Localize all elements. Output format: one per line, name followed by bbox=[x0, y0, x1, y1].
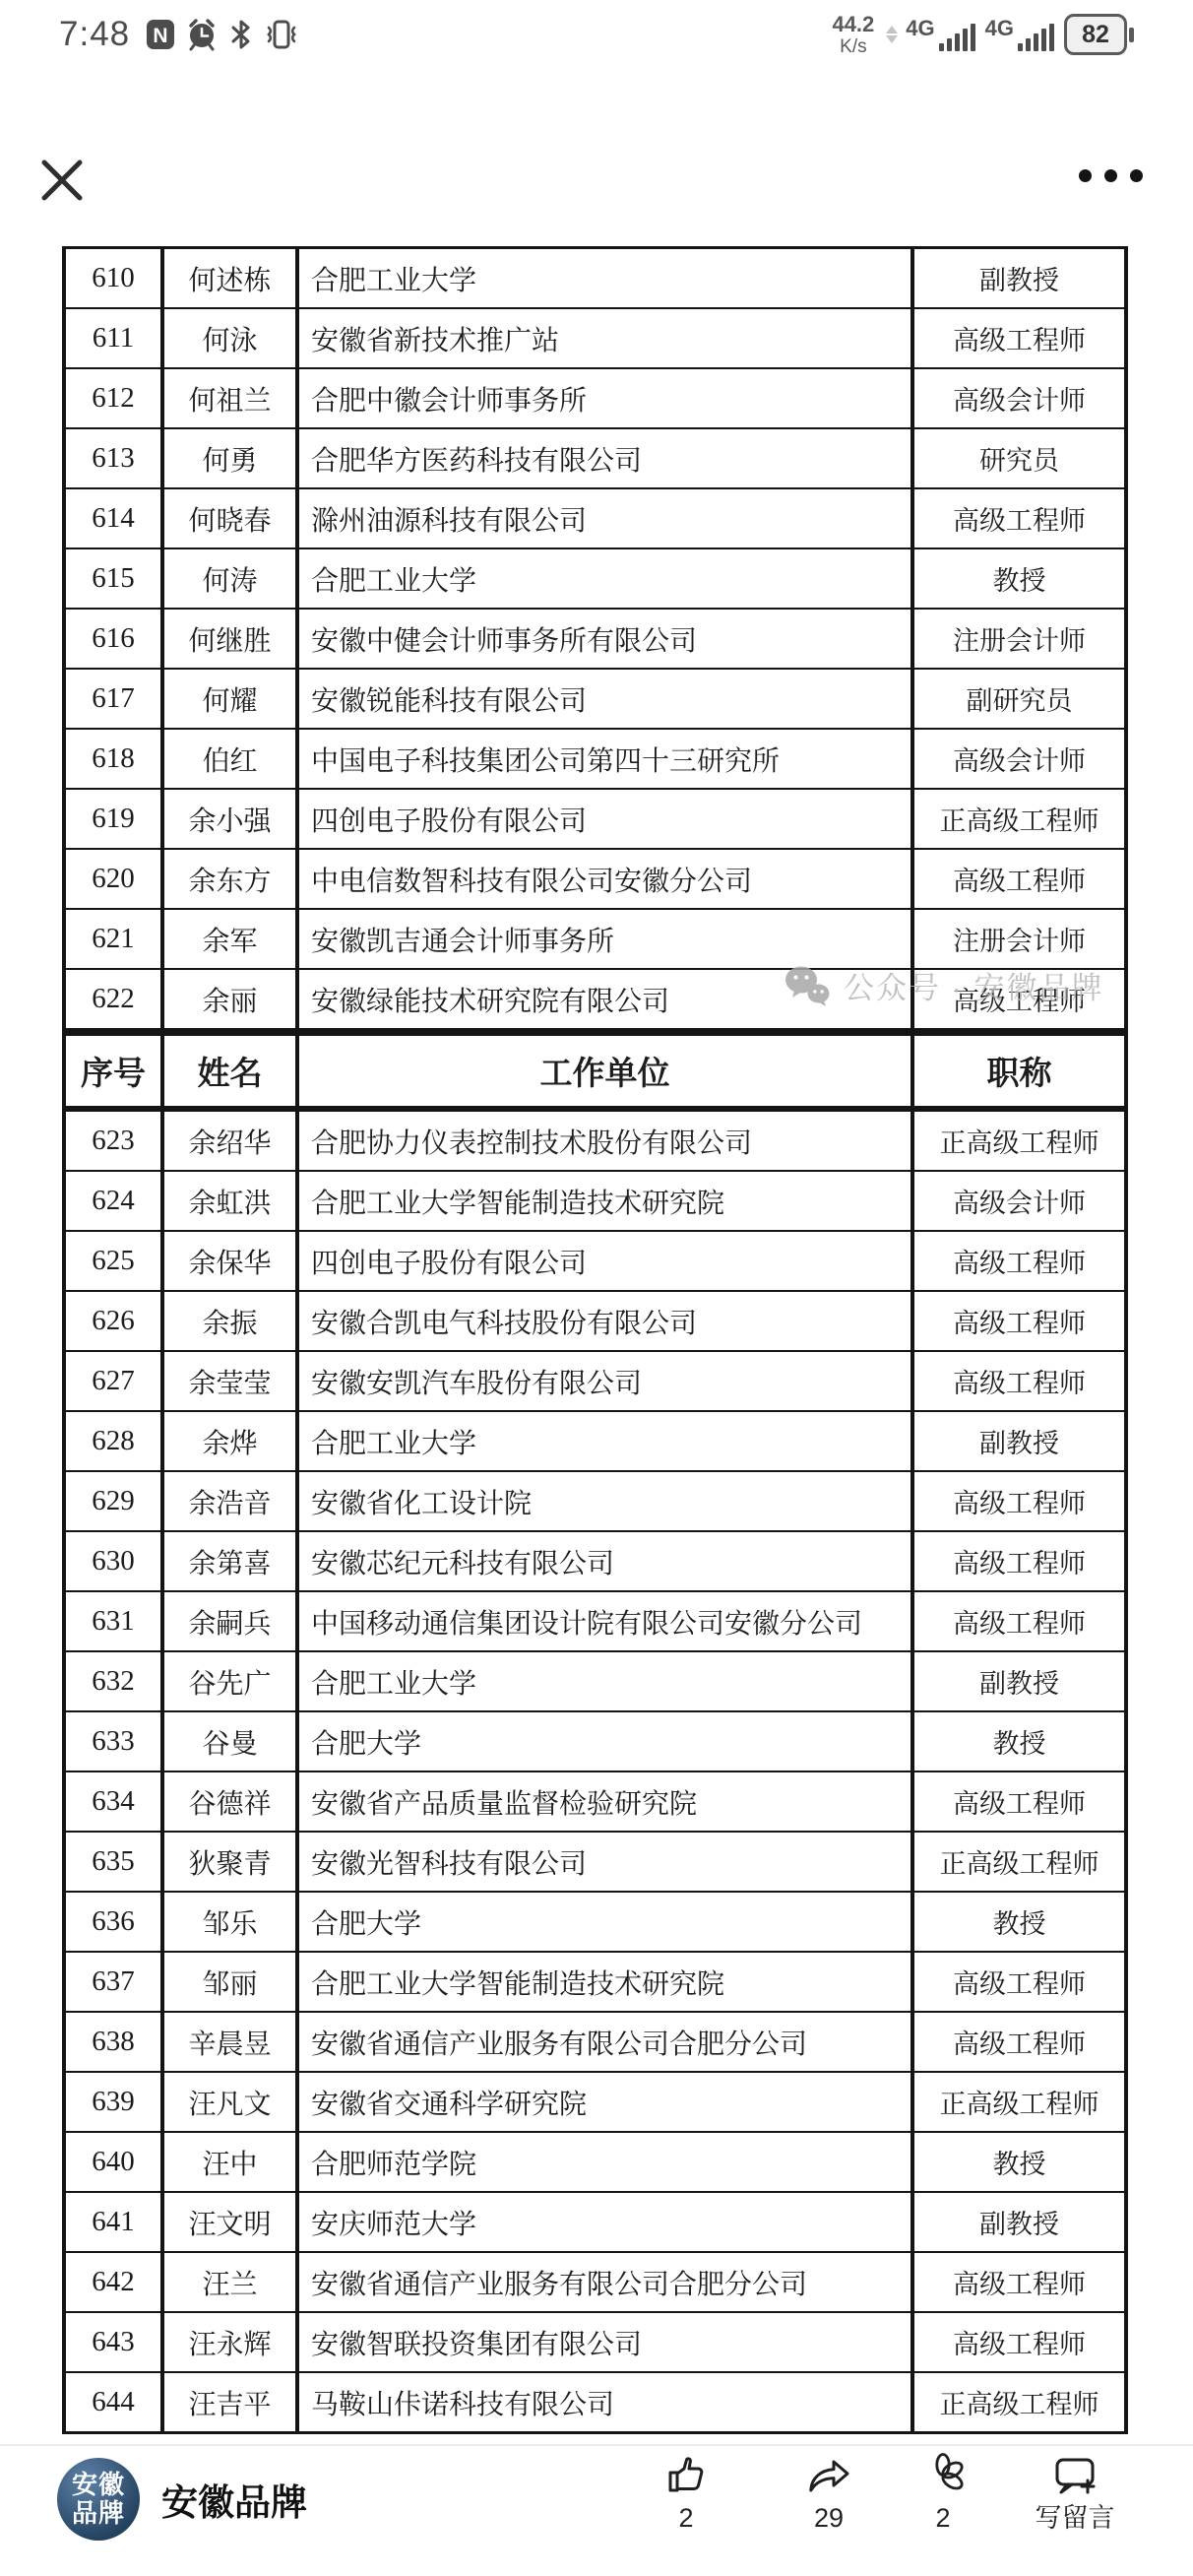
vibrate-icon bbox=[264, 18, 299, 51]
table-row: 639汪凡文安徽省交通科学研究院正高级工程师 bbox=[66, 2073, 1124, 2133]
cell-org: 安徽智联投资集团有限公司 bbox=[299, 2313, 914, 2371]
svg-text:N: N bbox=[154, 25, 168, 47]
cell-org: 合肥大学 bbox=[299, 1712, 914, 1771]
cell-name: 余绍华 bbox=[164, 1112, 299, 1170]
cell-org: 合肥中徽会计师事务所 bbox=[299, 369, 914, 427]
cell-serial: 620 bbox=[66, 850, 164, 908]
cell-name: 汪中 bbox=[164, 2133, 299, 2191]
cell-title: 注册会计师 bbox=[914, 610, 1124, 668]
cell-org: 中国电子科技集团公司第四十三研究所 bbox=[299, 730, 914, 788]
cell-name: 余东方 bbox=[164, 850, 299, 908]
battery-nub bbox=[1129, 28, 1134, 42]
network-speed: 44.2 K/s bbox=[832, 14, 874, 56]
cell-name: 何耀 bbox=[164, 670, 299, 728]
more-options-button[interactable] bbox=[1077, 154, 1144, 197]
table-row: 629余浩音安徽省化工设计院高级工程师 bbox=[66, 1472, 1124, 1532]
cell-org: 安徽省通信产业服务有限公司合肥分公司 bbox=[299, 2253, 914, 2311]
cell-serial: 629 bbox=[66, 1472, 164, 1530]
cell-title: 高级工程师 bbox=[914, 2313, 1124, 2371]
cell-serial: 642 bbox=[66, 2253, 164, 2311]
cell-serial: 628 bbox=[66, 1412, 164, 1470]
table-row: 633谷曼合肥大学教授 bbox=[66, 1712, 1124, 1772]
cell-serial: 640 bbox=[66, 2133, 164, 2191]
cell-org: 安徽省新技术推广站 bbox=[299, 309, 914, 367]
close-icon bbox=[44, 162, 80, 198]
cell-name: 何祖兰 bbox=[164, 369, 299, 427]
cell-title: 高级工程师 bbox=[914, 1532, 1124, 1590]
table-row: 623余绍华合肥协力仪表控制技术股份有限公司正高级工程师 bbox=[66, 1112, 1124, 1172]
battery-indicator: 82 bbox=[1064, 14, 1134, 55]
cell-org: 安庆师范大学 bbox=[299, 2193, 914, 2251]
cell-title: 教授 bbox=[914, 549, 1124, 608]
table-row: 612何祖兰合肥中徽会计师事务所高级会计师 bbox=[66, 369, 1124, 429]
cell-title: 高级会计师 bbox=[914, 369, 1124, 427]
alarm-clock-icon bbox=[185, 18, 219, 51]
cell-title: 高级工程师 bbox=[914, 1472, 1124, 1530]
cell-serial: 619 bbox=[66, 790, 164, 848]
table-row: 642汪兰安徽省通信产业服务有限公司合肥分公司高级工程师 bbox=[66, 2253, 1124, 2313]
table-row: 626余振安徽合凯电气科技股份有限公司高级工程师 bbox=[66, 1292, 1124, 1352]
signal-bars-icon bbox=[1018, 22, 1054, 51]
cell-title: 高级工程师 bbox=[914, 1352, 1124, 1410]
network-speed-value: 44.2 bbox=[832, 14, 874, 35]
cell-serial: 623 bbox=[66, 1112, 164, 1170]
comment-button[interactable]: 写留言 bbox=[1016, 2452, 1134, 2534]
cell-org: 安徽省化工设计院 bbox=[299, 1472, 914, 1530]
sim1-signal: 4G bbox=[906, 18, 974, 51]
cell-title: 高级工程师 bbox=[914, 489, 1124, 547]
table-row: 625余保华四创电子股份有限公司高级工程师 bbox=[66, 1232, 1124, 1292]
cell-title: 正高级工程师 bbox=[914, 2373, 1124, 2431]
cell-name: 余丽 bbox=[164, 970, 299, 1028]
cell-serial: 630 bbox=[66, 1532, 164, 1590]
cell-serial: 634 bbox=[66, 1772, 164, 1831]
table-row: 619余小强四创电子股份有限公司正高级工程师 bbox=[66, 790, 1124, 850]
sim2-network-type: 4G bbox=[985, 18, 1014, 39]
header-cell: 工作单位 bbox=[299, 1036, 914, 1106]
cell-title: 高级工程师 bbox=[914, 1592, 1124, 1650]
cell-org: 合肥工业大学智能制造技术研究院 bbox=[299, 1172, 914, 1230]
brand-account[interactable]: 安徽 品牌 安徽品牌 bbox=[57, 2458, 307, 2541]
brand-name: 安徽品牌 bbox=[161, 2473, 307, 2526]
table-row: 614何晓春滁州油源科技有限公司高级工程师 bbox=[66, 489, 1124, 549]
cell-name: 汪兰 bbox=[164, 2253, 299, 2311]
cell-org: 合肥工业大学 bbox=[299, 549, 914, 608]
cell-name: 余保华 bbox=[164, 1232, 299, 1290]
cell-name: 何继胜 bbox=[164, 610, 299, 668]
cell-serial: 644 bbox=[66, 2373, 164, 2431]
cell-name: 何勇 bbox=[164, 429, 299, 487]
table-row: 627余莹莹安徽安凯汽车股份有限公司高级工程师 bbox=[66, 1352, 1124, 1412]
cell-name: 余浩音 bbox=[164, 1472, 299, 1530]
cell-serial: 635 bbox=[66, 1833, 164, 1891]
table-row: 624余虹洪合肥工业大学智能制造技术研究院高级会计师 bbox=[66, 1172, 1124, 1232]
cell-org: 安徽凯吉通会计师事务所 bbox=[299, 910, 914, 968]
cell-name: 汪吉平 bbox=[164, 2373, 299, 2431]
cell-org: 安徽中健会计师事务所有限公司 bbox=[299, 610, 914, 668]
cell-name: 邹乐 bbox=[164, 1893, 299, 1951]
table-row: 637邹丽合肥工业大学智能制造技术研究院高级工程师 bbox=[66, 1953, 1124, 2013]
header-cell: 职称 bbox=[914, 1036, 1124, 1106]
cell-name: 辛晨昱 bbox=[164, 2013, 299, 2071]
table-row: 638辛晨昱安徽省通信产业服务有限公司合肥分公司高级工程师 bbox=[66, 2013, 1124, 2073]
table-row: 632谷先广合肥工业大学副教授 bbox=[66, 1652, 1124, 1712]
brand-logo-line2: 品牌 bbox=[72, 2499, 125, 2528]
cell-title: 副教授 bbox=[914, 1412, 1124, 1470]
cell-title: 正高级工程师 bbox=[914, 2073, 1124, 2131]
share-arrow-icon bbox=[804, 2452, 853, 2499]
cell-title: 高级工程师 bbox=[914, 850, 1124, 908]
signal-bars-icon bbox=[939, 22, 975, 51]
table-row: 622余丽安徽绿能技术研究院有限公司高级工程师 bbox=[66, 970, 1124, 1030]
cell-title: 副教授 bbox=[914, 1652, 1124, 1710]
cell-org: 四创电子股份有限公司 bbox=[299, 790, 914, 848]
dot-icon bbox=[1104, 169, 1117, 182]
cell-name: 余小强 bbox=[164, 790, 299, 848]
cell-name: 谷先广 bbox=[164, 1652, 299, 1710]
dot-icon bbox=[1130, 169, 1143, 182]
cell-name: 谷曼 bbox=[164, 1712, 299, 1771]
cell-serial: 624 bbox=[66, 1172, 164, 1230]
cell-serial: 643 bbox=[66, 2313, 164, 2371]
cell-serial: 615 bbox=[66, 549, 164, 608]
table-row: 611何泳安徽省新技术推广站高级工程师 bbox=[66, 309, 1124, 369]
close-button[interactable] bbox=[37, 156, 87, 205]
cell-serial: 617 bbox=[66, 670, 164, 728]
cell-name: 何述栋 bbox=[164, 249, 299, 307]
cell-serial: 639 bbox=[66, 2073, 164, 2131]
share-count: 29 bbox=[814, 2504, 844, 2534]
like-count: 2 bbox=[678, 2504, 693, 2534]
table-row: 621余军安徽凯吉通会计师事务所注册会计师 bbox=[66, 910, 1124, 970]
cell-serial: 621 bbox=[66, 910, 164, 968]
table-row: 636邹乐合肥大学教授 bbox=[66, 1893, 1124, 1953]
cell-org: 安徽芯纪元科技有限公司 bbox=[299, 1532, 914, 1590]
cell-org: 合肥工业大学 bbox=[299, 1652, 914, 1710]
cell-name: 邹丽 bbox=[164, 1953, 299, 2011]
cell-serial: 627 bbox=[66, 1352, 164, 1410]
cell-org: 中电信数智科技有限公司安徽分公司 bbox=[299, 850, 914, 908]
cell-name: 汪永辉 bbox=[164, 2313, 299, 2371]
cell-serial: 610 bbox=[66, 249, 164, 307]
data-activity-arrows-icon bbox=[886, 26, 898, 43]
cell-serial: 641 bbox=[66, 2193, 164, 2251]
cell-serial: 622 bbox=[66, 970, 164, 1028]
cell-serial: 636 bbox=[66, 1893, 164, 1951]
cell-org: 合肥工业大学 bbox=[299, 1412, 914, 1470]
table-row: 613何勇合肥华方医药科技有限公司研究员 bbox=[66, 429, 1124, 489]
cell-name: 余军 bbox=[164, 910, 299, 968]
cell-title: 教授 bbox=[914, 2133, 1124, 2191]
cell-org: 合肥华方医药科技有限公司 bbox=[299, 429, 914, 487]
cell-org: 安徽合凯电气科技股份有限公司 bbox=[299, 1292, 914, 1350]
cell-name: 狄聚青 bbox=[164, 1833, 299, 1891]
table-row: 620余东方中电信数智科技有限公司安徽分公司高级工程师 bbox=[66, 850, 1124, 910]
table-header-row: 序号姓名工作单位职称 bbox=[66, 1030, 1124, 1112]
status-left-cluster: 7:48 N bbox=[59, 0, 299, 69]
header-cell: 姓名 bbox=[164, 1036, 299, 1106]
wow-count: 2 bbox=[935, 2504, 950, 2534]
cell-org: 合肥工业大学智能制造技术研究院 bbox=[299, 1953, 914, 2011]
cell-org: 马鞍山佧诺科技有限公司 bbox=[299, 2373, 914, 2431]
cell-title: 副教授 bbox=[914, 2193, 1124, 2251]
cell-title: 正高级工程师 bbox=[914, 1833, 1124, 1891]
cell-serial: 616 bbox=[66, 610, 164, 668]
cell-name: 余振 bbox=[164, 1292, 299, 1350]
cell-serial: 637 bbox=[66, 1953, 164, 2011]
cell-name: 何泳 bbox=[164, 309, 299, 367]
dot-icon bbox=[1079, 169, 1092, 182]
cell-name: 汪文明 bbox=[164, 2193, 299, 2251]
cell-serial: 613 bbox=[66, 429, 164, 487]
cell-serial: 633 bbox=[66, 1712, 164, 1771]
table-row: 644汪吉平马鞍山佧诺科技有限公司正高级工程师 bbox=[66, 2373, 1124, 2431]
table-row: 641汪文明安庆师范大学副教授 bbox=[66, 2193, 1124, 2253]
cell-name: 余嗣兵 bbox=[164, 1592, 299, 1650]
status-bar: 7:48 N 44.2 K/s 4G bbox=[0, 0, 1193, 69]
cell-name: 余第喜 bbox=[164, 1532, 299, 1590]
network-speed-unit: K/s bbox=[840, 37, 866, 56]
cell-org: 合肥协力仪表控制技术股份有限公司 bbox=[299, 1112, 914, 1170]
comment-label: 写留言 bbox=[1036, 2504, 1115, 2534]
cell-title: 注册会计师 bbox=[914, 910, 1124, 968]
table-row: 628余烨合肥工业大学副教授 bbox=[66, 1412, 1124, 1472]
cell-serial: 626 bbox=[66, 1292, 164, 1350]
cell-org: 安徽安凯汽车股份有限公司 bbox=[299, 1352, 914, 1410]
cell-title: 高级工程师 bbox=[914, 1292, 1124, 1350]
cell-title: 高级工程师 bbox=[914, 2013, 1124, 2071]
table-row: 615何涛合肥工业大学教授 bbox=[66, 549, 1124, 610]
cell-name: 何涛 bbox=[164, 549, 299, 608]
cell-name: 余虹洪 bbox=[164, 1172, 299, 1230]
cell-title: 教授 bbox=[914, 1893, 1124, 1951]
cell-org: 滁州油源科技有限公司 bbox=[299, 489, 914, 547]
table-row: 631余嗣兵中国移动通信集团设计院有限公司安徽分公司高级工程师 bbox=[66, 1592, 1124, 1652]
nfc-icon: N bbox=[146, 18, 175, 51]
clock-text: 7:48 bbox=[59, 15, 130, 54]
cell-org: 安徽省交通科学研究院 bbox=[299, 2073, 914, 2131]
cell-serial: 614 bbox=[66, 489, 164, 547]
cell-org: 安徽光智科技有限公司 bbox=[299, 1833, 914, 1891]
battery-level-text: 82 bbox=[1064, 14, 1127, 55]
cell-title: 高级工程师 bbox=[914, 970, 1124, 1028]
cell-name: 伯红 bbox=[164, 730, 299, 788]
table-row: 630余第喜安徽芯纪元科技有限公司高级工程师 bbox=[66, 1532, 1124, 1592]
cell-title: 副研究员 bbox=[914, 670, 1124, 728]
cell-name: 余烨 bbox=[164, 1412, 299, 1470]
cell-org: 合肥师范学院 bbox=[299, 2133, 914, 2191]
wow-button[interactable]: 2 bbox=[884, 2452, 1002, 2534]
cell-serial: 618 bbox=[66, 730, 164, 788]
table-row: 617何耀安徽锐能科技有限公司副研究员 bbox=[66, 670, 1124, 730]
cell-org: 中国移动通信集团设计院有限公司安徽分公司 bbox=[299, 1592, 914, 1650]
cell-title: 高级工程师 bbox=[914, 1953, 1124, 2011]
status-right-cluster: 44.2 K/s 4G 4G 82 bbox=[832, 0, 1134, 69]
cell-org: 安徽绿能技术研究院有限公司 bbox=[299, 970, 914, 1028]
brand-logo: 安徽 品牌 bbox=[57, 2458, 140, 2541]
cell-serial: 632 bbox=[66, 1652, 164, 1710]
bluetooth-icon bbox=[228, 18, 254, 51]
brand-logo-line1: 安徽 bbox=[72, 2471, 125, 2499]
cell-org: 合肥工业大学 bbox=[299, 249, 914, 307]
sim1-network-type: 4G bbox=[906, 18, 934, 39]
cell-serial: 612 bbox=[66, 369, 164, 427]
table-row: 635狄聚青安徽光智科技有限公司正高级工程师 bbox=[66, 1833, 1124, 1893]
cell-title: 高级工程师 bbox=[914, 2253, 1124, 2311]
sim2-signal: 4G bbox=[985, 18, 1054, 51]
like-button[interactable]: 2 bbox=[627, 2452, 745, 2534]
header-cell: 序号 bbox=[66, 1036, 164, 1106]
cell-org: 安徽省产品质量监督检验研究院 bbox=[299, 1772, 914, 1831]
cell-serial: 625 bbox=[66, 1232, 164, 1290]
cell-name: 谷德祥 bbox=[164, 1772, 299, 1831]
cell-org: 四创电子股份有限公司 bbox=[299, 1232, 914, 1290]
table-row: 640汪中合肥师范学院教授 bbox=[66, 2133, 1124, 2193]
cell-serial: 611 bbox=[66, 309, 164, 367]
table-row: 618伯红中国电子科技集团公司第四十三研究所高级会计师 bbox=[66, 730, 1124, 790]
cell-name: 何晓春 bbox=[164, 489, 299, 547]
cell-org: 安徽省通信产业服务有限公司合肥分公司 bbox=[299, 2013, 914, 2071]
share-button[interactable]: 29 bbox=[770, 2452, 888, 2534]
table-row: 634谷德祥安徽省产品质量监督检验研究院高级工程师 bbox=[66, 1772, 1124, 1833]
thumbs-up-icon bbox=[661, 2452, 711, 2499]
cell-title: 高级会计师 bbox=[914, 730, 1124, 788]
cell-name: 余莹莹 bbox=[164, 1352, 299, 1410]
cell-title: 正高级工程师 bbox=[914, 1112, 1124, 1170]
roster-table: 610何述栋合肥工业大学副教授611何泳安徽省新技术推广站高级工程师612何祖兰… bbox=[62, 246, 1128, 2434]
comment-plus-icon bbox=[1050, 2452, 1099, 2499]
cell-title: 高级工程师 bbox=[914, 309, 1124, 367]
cell-name: 汪凡文 bbox=[164, 2073, 299, 2131]
cell-title: 正高级工程师 bbox=[914, 790, 1124, 848]
cell-serial: 631 bbox=[66, 1592, 164, 1650]
cell-org: 合肥大学 bbox=[299, 1893, 914, 1951]
table-row: 616何继胜安徽中健会计师事务所有限公司注册会计师 bbox=[66, 610, 1124, 670]
cell-title: 教授 bbox=[914, 1712, 1124, 1771]
wechat-article-screen: { "status_bar": { "time": "7:48", "net_s… bbox=[0, 0, 1193, 2576]
cell-title: 高级工程师 bbox=[914, 1232, 1124, 1290]
cell-serial: 638 bbox=[66, 2013, 164, 2071]
footer-bar: 安徽 品牌 安徽品牌 2 29 2 bbox=[0, 2446, 1193, 2576]
cell-title: 副教授 bbox=[914, 249, 1124, 307]
cell-title: 高级会计师 bbox=[914, 1172, 1124, 1230]
table-row: 610何述栋合肥工业大学副教授 bbox=[66, 249, 1124, 309]
cell-org: 安徽锐能科技有限公司 bbox=[299, 670, 914, 728]
table-row: 643汪永辉安徽智联投资集团有限公司高级工程师 bbox=[66, 2313, 1124, 2373]
cell-title: 研究员 bbox=[914, 429, 1124, 487]
cell-title: 高级工程师 bbox=[914, 1772, 1124, 1831]
wow-flower-icon bbox=[918, 2452, 968, 2499]
